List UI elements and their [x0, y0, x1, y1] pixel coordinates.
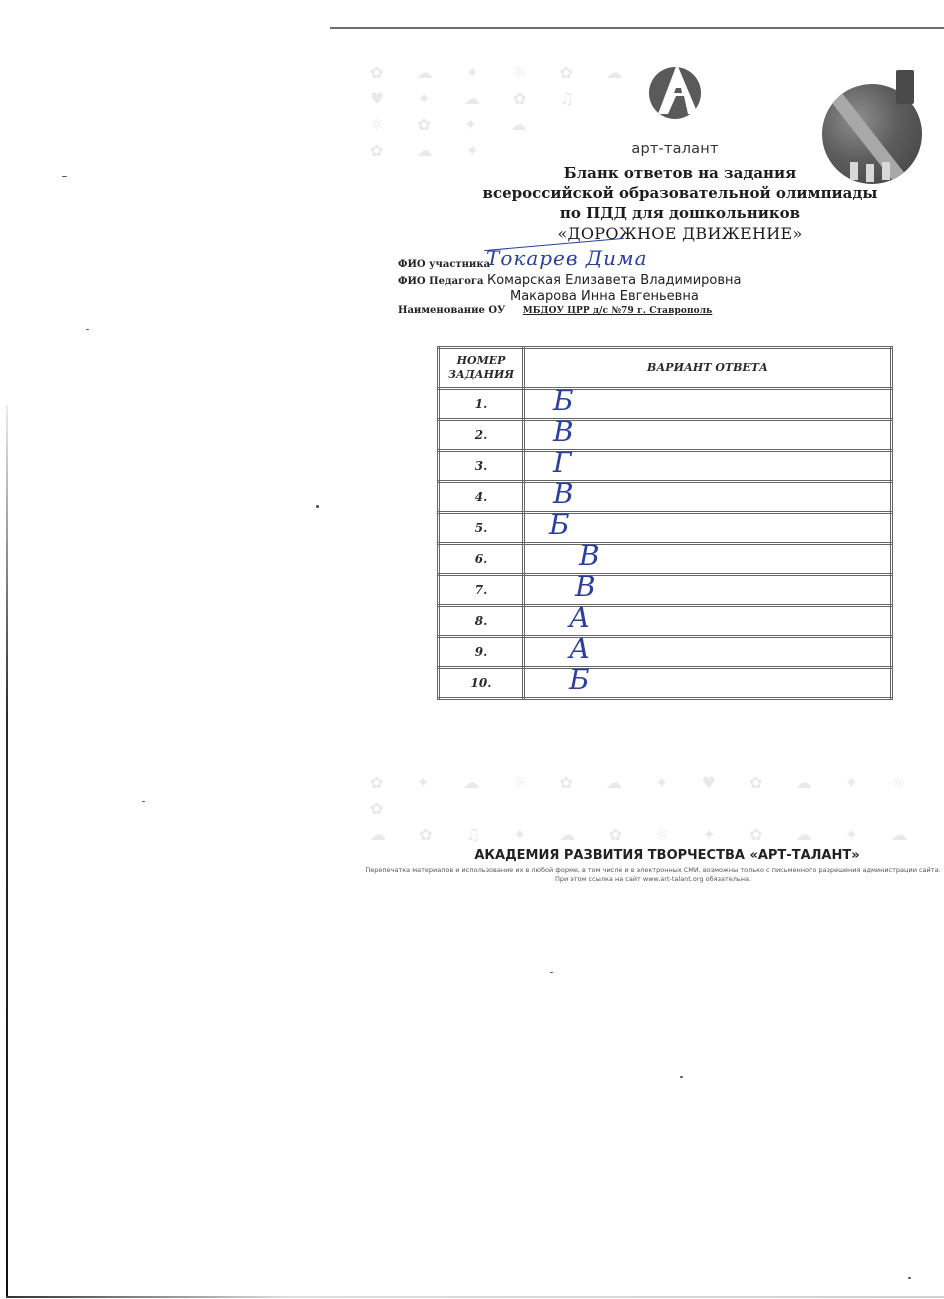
handwritten-answer: В	[575, 572, 596, 602]
task-number: 6.	[439, 544, 524, 575]
teacher-label: ФИО Педагога	[398, 276, 483, 287]
form-title-line-3: по ПДД для дошкольников	[430, 204, 930, 222]
task-number: 9.	[439, 637, 524, 668]
handwritten-answer: В	[553, 417, 574, 447]
scan-speck	[142, 801, 145, 802]
table-row: 4.В	[439, 482, 892, 513]
table-row: 10.Б	[439, 668, 892, 699]
answer-cell: Г	[524, 451, 892, 482]
footer-academy-title: АКАДЕМИЯ РАЗВИТИЯ ТВОРЧЕСТВА «АРТ-ТАЛАНТ…	[390, 848, 944, 863]
table-row: 2.В	[439, 420, 892, 451]
task-number: 5.	[439, 513, 524, 544]
scan-speck	[62, 176, 67, 177]
answer-cell: В	[524, 482, 892, 513]
institution-value: МБДОУ ЦРР д/с №79 г. Ставрополь	[523, 306, 713, 316]
teacher-field: ФИО Педагога Комарская Елизавета Владими…	[398, 273, 742, 288]
table-row: 6.В	[439, 544, 892, 575]
teacher-value-2: Макарова Инна Евгеньевна	[510, 289, 699, 304]
institution-field: Наименование ОУ МБДОУ ЦРР д/с №79 г. Ста…	[398, 305, 712, 316]
task-number: 2.	[439, 420, 524, 451]
brand-name: арт-талант	[595, 141, 755, 157]
scan-bottom-edge	[6, 1296, 944, 1298]
participant-name-handwritten: Токарев Дима	[480, 244, 710, 276]
handwritten-answer: Б	[553, 386, 574, 416]
task-number: 1.	[439, 389, 524, 420]
handwritten-answer: А	[569, 634, 590, 664]
scan-speck	[908, 1277, 911, 1279]
scan-speck	[316, 505, 319, 508]
participant-value: Токарев Дима	[486, 246, 648, 270]
scan-top-edge	[330, 27, 944, 29]
teacher-value-1: Комарская Елизавета Владимировна	[487, 273, 742, 288]
watermark-pattern: ✿ ✦ ☁ ☼ ✿ ☁ ✦ ♥ ✿ ☁ ✦ ☼ ✿☁ ✿ ♫ ✦ ☁ ✿ ☼ ✦…	[370, 770, 944, 848]
handwritten-answer: Б	[549, 510, 570, 540]
handwritten-answer: Г	[553, 448, 572, 478]
scan-speck	[680, 1076, 683, 1078]
scan-left-edge	[6, 405, 8, 1297]
table-row: 8.А	[439, 606, 892, 637]
participant-field: ФИО участника	[398, 259, 490, 270]
handwritten-answer: В	[579, 541, 600, 571]
olympiad-name: «ДОРОЖНОЕ ДВИЖЕНИЕ»	[430, 224, 930, 243]
table-row: 9.А	[439, 637, 892, 668]
table-row: 1.Б	[439, 389, 892, 420]
handwritten-answer: В	[553, 479, 574, 509]
table-row: 7.В	[439, 575, 892, 606]
table-header-row: НОМЕР ЗАДАНИЯ ВАРИАНТ ОТВЕТА	[439, 348, 892, 389]
header-task-number: НОМЕР ЗАДАНИЯ	[439, 348, 524, 389]
scan-speck	[86, 329, 89, 330]
form-title-line-1: Бланк ответов на задания	[430, 164, 930, 182]
answer-cell: Б	[524, 668, 892, 699]
task-number: 10.	[439, 668, 524, 699]
handwritten-answer: А	[569, 603, 590, 633]
task-number: 8.	[439, 606, 524, 637]
table-row: 3.Г	[439, 451, 892, 482]
task-number: 7.	[439, 575, 524, 606]
answer-cell: В	[524, 420, 892, 451]
traffic-light-icon	[896, 70, 914, 104]
table-row: 5.Б	[439, 513, 892, 544]
handwritten-answer: Б	[569, 665, 590, 695]
answers-table: НОМЕР ЗАДАНИЯ ВАРИАНТ ОТВЕТА 1.Б2.В3.Г4.…	[437, 346, 893, 700]
participant-label: ФИО участника	[398, 259, 490, 270]
answer-cell: Б	[524, 389, 892, 420]
institution-label: Наименование ОУ	[398, 305, 505, 316]
footer-copyright-note: Перепечатка материалов и использование и…	[362, 866, 944, 884]
art-talant-logo-icon	[646, 62, 704, 120]
task-number: 4.	[439, 482, 524, 513]
form-title-line-2: всероссийской образовательной олимпиады	[430, 184, 930, 202]
task-number: 3.	[439, 451, 524, 482]
header-answer-option: ВАРИАНТ ОТВЕТА	[524, 348, 892, 389]
scan-speck	[550, 972, 553, 973]
